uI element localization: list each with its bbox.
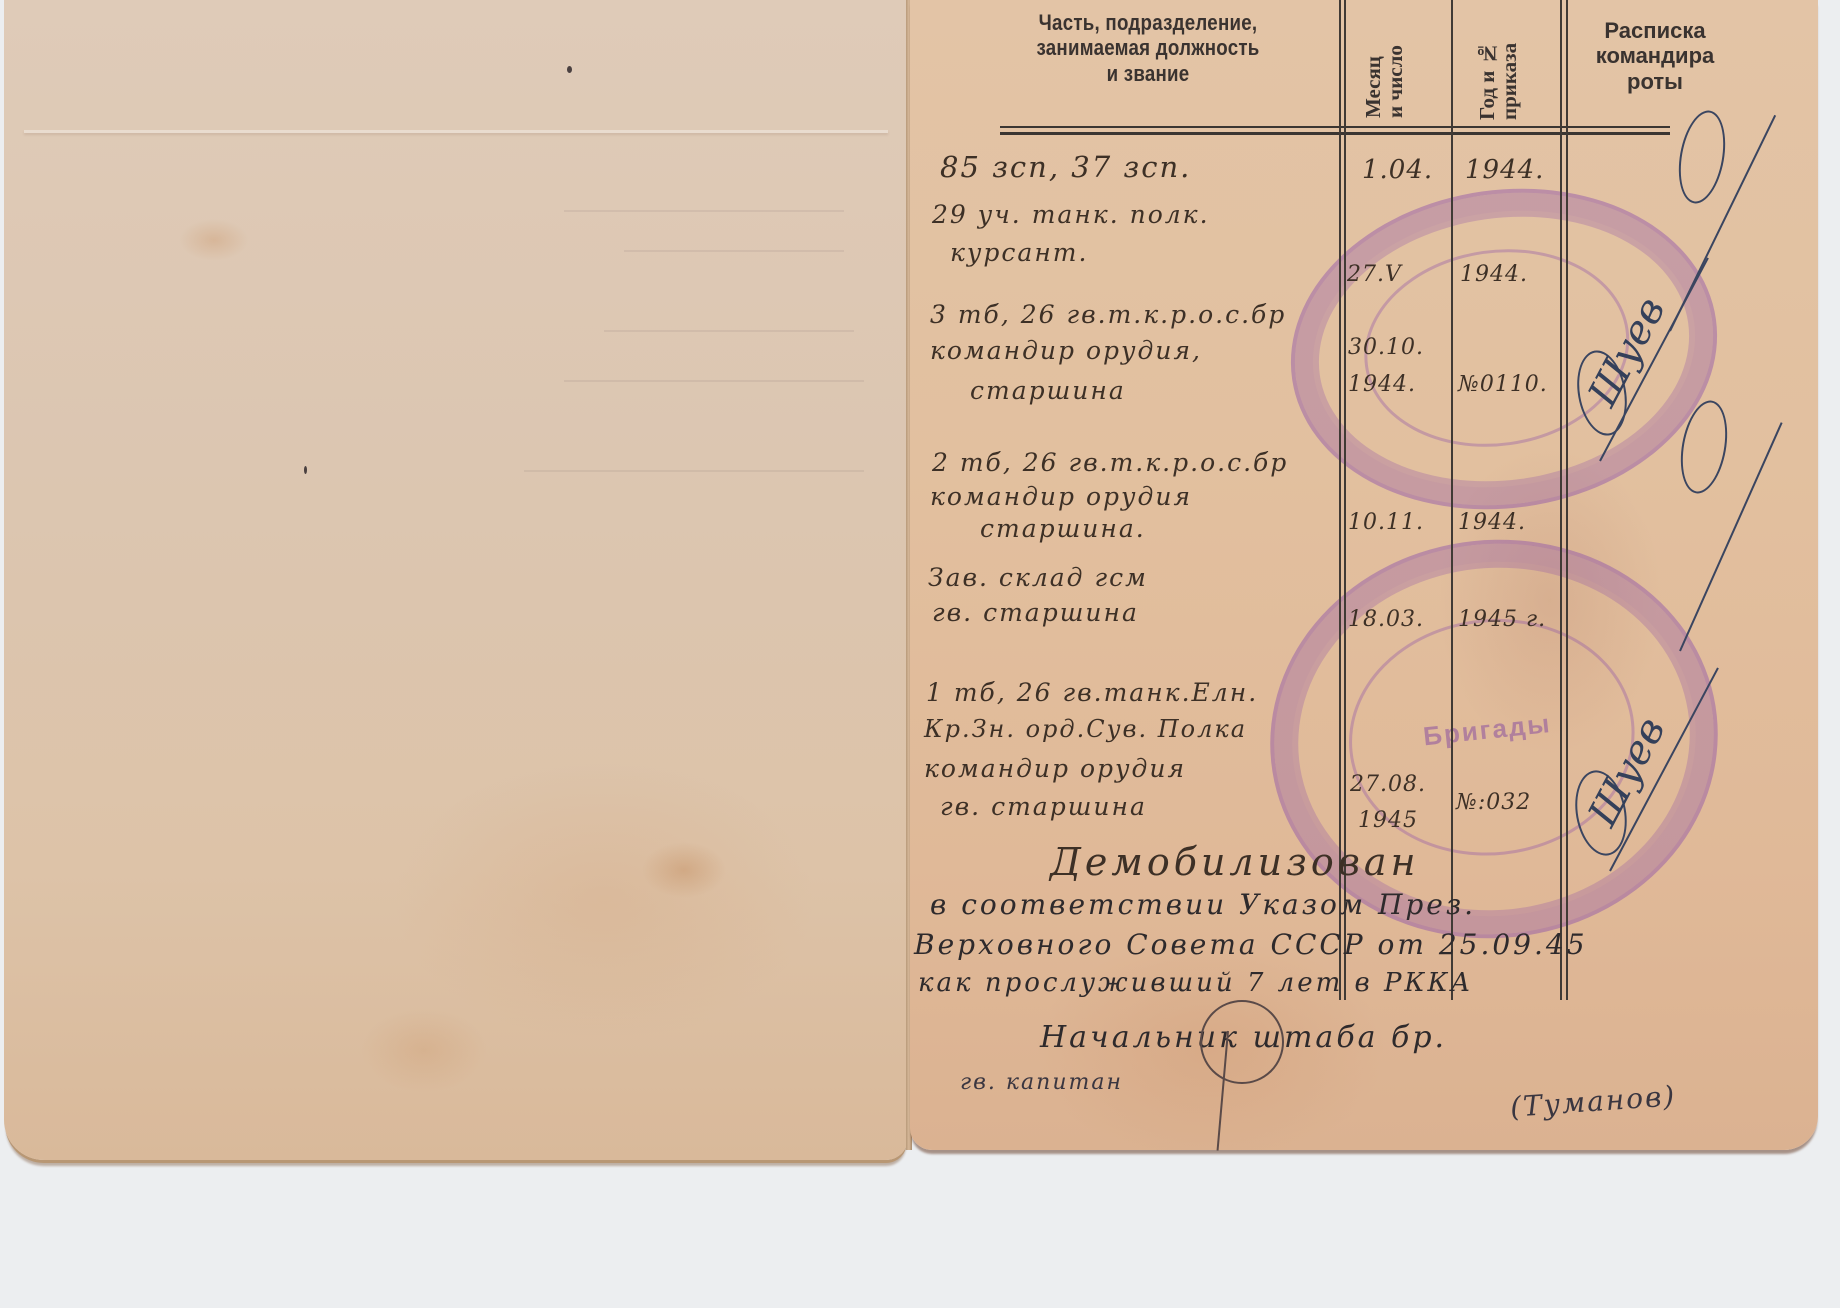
row-1-unit: 85 зсп, 37 зсп. — [940, 150, 1191, 184]
header-rule — [1000, 126, 1670, 128]
right-page: Бригады Часть, подразделение, занимаемая… — [910, 0, 1818, 1150]
column-header-receipt: Расписка командира роты — [1580, 18, 1730, 94]
row-5-order: 1945 г. — [1458, 607, 1546, 632]
bleed-through — [564, 210, 844, 212]
header-line: и звание — [1021, 61, 1276, 86]
row-5-date: 18.03. — [1348, 607, 1424, 632]
column-header-unit: Часть, подразделение, занимаемая должнос… — [1021, 10, 1276, 86]
officer-name: (Туманов) — [1509, 1079, 1677, 1124]
footer-line-3: как прослуживший 7 лет в РККА — [918, 968, 1473, 998]
header-line: занимаемая должность — [1021, 35, 1276, 60]
header-line: командира — [1580, 43, 1730, 68]
column-header-month-day: Месяц и число — [1362, 10, 1406, 118]
bleed-through — [564, 380, 864, 382]
row-6-position: командир орудия — [924, 754, 1186, 783]
row-6-year: 1945 — [1358, 808, 1418, 833]
footer-line-2: Верховного Совета СССР от 25.09.45 — [914, 928, 1588, 961]
row-2-unit: 29 уч. танк. полк. — [932, 200, 1210, 229]
row-6-unit: 1 тб, 26 гв.танк.Елн. — [926, 678, 1258, 707]
row-2-date: 27.V — [1347, 262, 1402, 287]
row-4-position: командир орудия — [930, 482, 1192, 511]
row-2-rank: курсант. — [950, 238, 1088, 267]
row-4-unit: 2 тб, 26 гв.т.к.р.о.с.бр — [932, 448, 1288, 477]
row-1-date: 1.04. — [1362, 155, 1433, 185]
row-5-rank: гв. старшина — [932, 598, 1139, 627]
row-6-unit-cont: Кр.Зн. орд.Сув. Полка — [924, 715, 1247, 743]
ink-speck — [304, 466, 307, 474]
fold-crease — [24, 130, 888, 133]
bleed-through — [604, 330, 854, 332]
chief-signature-loop — [1200, 1000, 1284, 1084]
header-line: роты — [1580, 69, 1730, 94]
header-line: Часть, подразделение, — [1021, 10, 1276, 35]
row-5-unit: Зав. склад гсм — [928, 563, 1148, 592]
row-6-rank: гв. старшина — [940, 792, 1147, 821]
row-4-date: 10.11. — [1348, 510, 1424, 535]
column-divider — [1560, 0, 1562, 1000]
row-6-date: 27.08. — [1350, 772, 1426, 797]
row-6-order: №:032 — [1456, 790, 1531, 815]
header-line: Расписка — [1580, 18, 1730, 43]
header-rule — [1000, 132, 1670, 135]
bleed-through — [524, 470, 864, 472]
demobilized-title: Демобилизован — [1050, 840, 1420, 884]
row-3-date: 30.10. — [1348, 335, 1424, 360]
row-3-year: 1944. — [1348, 372, 1416, 397]
column-divider — [1451, 0, 1453, 1000]
ink-speck — [567, 66, 572, 73]
column-header-order: Год и № приказа — [1476, 4, 1520, 120]
left-page — [4, 0, 908, 1160]
row-1-order: 1944. — [1465, 155, 1544, 185]
row-4-order: 1944. — [1458, 510, 1526, 535]
signature-loop — [1672, 107, 1732, 207]
bleed-through — [624, 250, 844, 252]
footer-line-1: в соответствии Указом През. — [930, 888, 1476, 921]
row-3-rank: старшина — [970, 376, 1126, 405]
row-2-order: 1944. — [1460, 262, 1528, 287]
column-divider — [1566, 0, 1568, 1000]
row-3-position: командир орудия, — [930, 336, 1202, 365]
row-3-unit: 3 тб, 26 гв.т.к.р.о.с.бр — [930, 300, 1286, 329]
row-3-order: №0110. — [1458, 372, 1548, 397]
row-4-rank: старшина. — [980, 514, 1146, 543]
officer-rank: гв. капитан — [960, 1070, 1123, 1095]
